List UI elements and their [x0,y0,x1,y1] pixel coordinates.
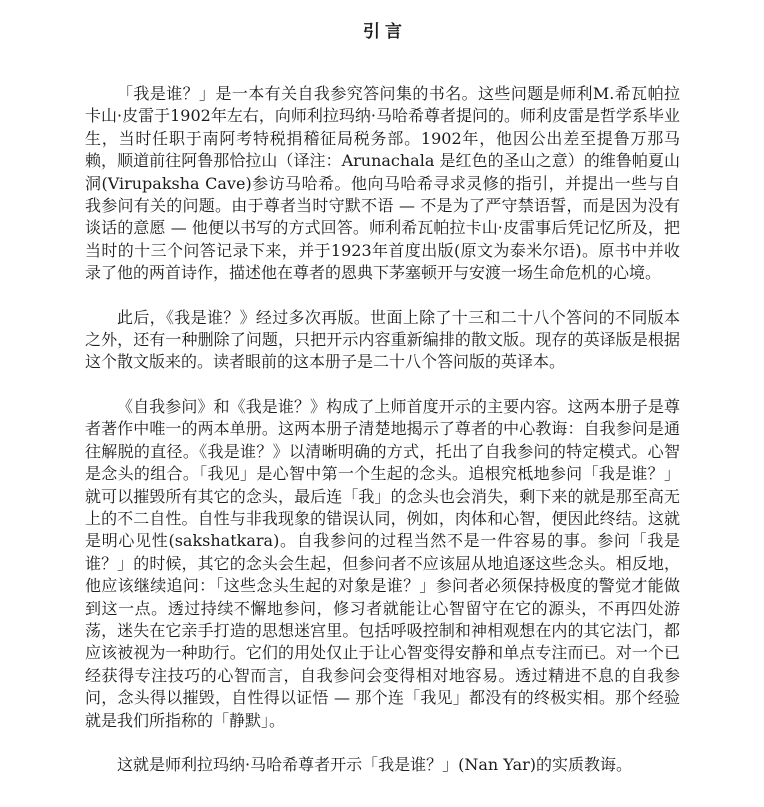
paragraph-core-teaching: 《自我参问》和《我是谁？》构成了上师首度开示的主要内容。这两本册子是尊者著作中唯… [85,396,680,732]
document-page: 引言 「我是谁？」是一本有关自我参究答问集的书名。这些问题是师利M.希瓦帕拉卡山… [0,0,764,807]
paragraph-book-origin: 「我是谁？」是一本有关自我参究答问集的书名。这些问题是师利M.希瓦帕拉卡山·皮雷… [85,83,680,285]
paragraph-closing: 这就是师利拉玛纳·马哈希尊者开示「我是谁？」(Nan Yar)的实质教诲。 [85,754,680,776]
page-title: 引言 [85,22,680,42]
paragraph-editions: 此后，《我是谁？》经过多次再版。世面上除了十三和二十八个答问的不同版本之外，还有… [85,307,680,374]
